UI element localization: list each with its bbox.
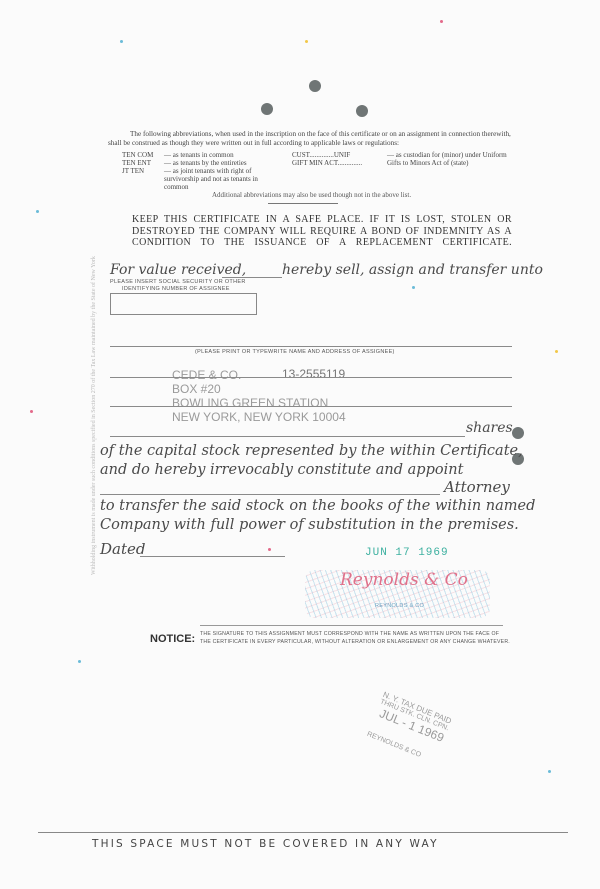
- constitute-text: and do hereby irrevocably constitute and…: [100, 462, 463, 478]
- assignee-address-1: BOX #20: [172, 382, 221, 396]
- shares-label: shares: [466, 420, 513, 436]
- ssn-input-box[interactable]: [110, 293, 257, 315]
- ssn-label: PLEASE INSERT SOCIAL SECURITY OR OTHER I…: [110, 279, 246, 293]
- signature-firm: REYNOLDS & CO: [375, 603, 424, 609]
- company-text: Company with full power of substitution …: [100, 517, 519, 533]
- punch-hole: [309, 80, 321, 92]
- abbreviations-right: CUST..............UNIF GIFT MIN ACT.....…: [292, 151, 517, 167]
- attorney-label: Attorney: [444, 478, 510, 496]
- notice-label: NOTICE:: [150, 633, 195, 645]
- abbreviations-intro: The following abbreviations, when used i…: [108, 130, 518, 148]
- dated-label: Dated: [100, 540, 145, 558]
- punch-hole: [512, 427, 524, 439]
- tax-paid-stamp: N. Y. TAX DUE PAID THRU STK. CLN. CPN. J…: [366, 690, 453, 765]
- date-stamp: JUN 17 1969: [365, 547, 449, 559]
- assignee-name: CEDE & CO.: [172, 368, 241, 382]
- signature: Reynolds & Co: [340, 570, 468, 590]
- punch-hole: [356, 105, 368, 117]
- for-value-received: For value received,: [110, 262, 246, 278]
- assignee-address-3: NEW YORK, NEW YORK 10004: [172, 410, 346, 424]
- punch-hole: [261, 103, 273, 115]
- additional-abbreviations-note: Additional abbreviations may also be use…: [212, 191, 411, 199]
- assignee-tax-id: 13-2555119: [282, 367, 345, 381]
- transfer-text: to transfer the said stock on the books …: [100, 498, 535, 514]
- assignee-address-2: BOWLING GREEN STATION: [172, 396, 328, 410]
- capital-stock-text: of the capital stock represented by the …: [100, 443, 523, 459]
- footer-warning: THIS SPACE MUST NOT BE COVERED IN ANY WA…: [92, 838, 439, 850]
- notice-text: THE SIGNATURE TO THIS ASSIGNMENT MUST CO…: [200, 630, 510, 646]
- keep-certificate-notice: KEEP THIS CERTIFICATE IN A SAFE PLACE. I…: [132, 214, 512, 249]
- print-name-label: (PLEASE PRINT OR TYPEWRITE NAME AND ADDR…: [195, 349, 395, 355]
- hereby-sell-assign: hereby sell, assign and transfer unto: [282, 262, 543, 278]
